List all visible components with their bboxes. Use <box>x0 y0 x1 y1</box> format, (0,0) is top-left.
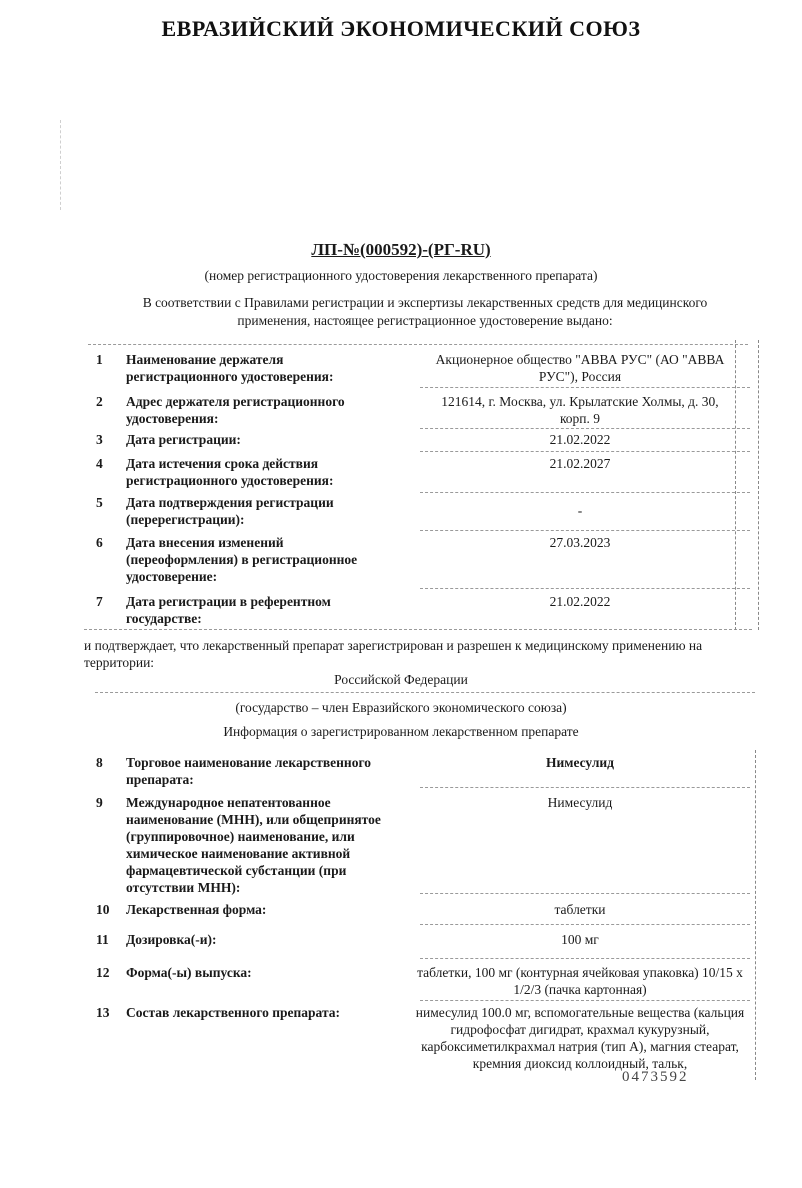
scan-border-line <box>755 750 756 1080</box>
union-title: ЕВРАЗИЙСКИЙ ЭКОНОМИЧЕСКИЙ СОЮЗ <box>0 16 802 42</box>
row-value: Акционерное общество "АВВА РУС" (АО "АВВ… <box>430 351 730 385</box>
row-number: 9 <box>96 794 116 811</box>
confirmation-text: и подтверждает, что лекарственный препар… <box>84 637 754 671</box>
row-number: 4 <box>96 455 116 472</box>
row-label: Дата внесения изменений (переоформления)… <box>126 534 396 585</box>
row-number: 1 <box>96 351 116 368</box>
row-number: 8 <box>96 754 116 771</box>
row-value: 21.02.2022 <box>430 431 730 448</box>
divider <box>420 787 750 788</box>
row-value: - <box>430 502 730 519</box>
row-number: 5 <box>96 494 116 511</box>
row-value: нимесулид 100.0 мг, вспомогательные веще… <box>410 1004 750 1072</box>
row-label: Дозировка(-и): <box>126 931 396 948</box>
intro-text: В соответствии с Правилами регистрации и… <box>110 294 740 330</box>
row-number: 11 <box>96 931 116 948</box>
scan-border-line <box>758 340 759 630</box>
country-name: Российской Федерации <box>0 672 802 688</box>
row-value: 100 мг <box>430 931 730 948</box>
row-value: 21.02.2027 <box>430 455 730 472</box>
row-number: 12 <box>96 964 116 981</box>
divider <box>420 893 750 894</box>
divider <box>420 387 750 388</box>
row-number: 2 <box>96 393 116 410</box>
divider <box>420 451 750 452</box>
row-value: 21.02.2022 <box>430 593 730 610</box>
row-label: Наименование держателя регистрационного … <box>126 351 396 385</box>
divider <box>420 492 750 493</box>
row-label: Дата регистрации в референтном государст… <box>126 593 396 627</box>
row-label: Состав лекарственного препарата: <box>126 1004 396 1021</box>
row-number: 10 <box>96 901 116 918</box>
divider <box>420 588 750 589</box>
row-label: Международное непатентованное наименован… <box>126 794 396 896</box>
divider <box>88 344 748 345</box>
row-label: Торговое наименование лекарственного пре… <box>126 754 396 788</box>
row-label: Дата подтверждения регистрации (перереги… <box>126 494 396 528</box>
row-label: Дата истечения срока действия регистраци… <box>126 455 396 489</box>
row-number: 3 <box>96 431 116 448</box>
row-value: Нимесулид <box>430 754 730 771</box>
divider <box>420 428 750 429</box>
form-serial-number: 0473592 <box>622 1069 689 1086</box>
drug-info-heading: Информация о зарегистрированном лекарств… <box>0 724 802 740</box>
row-value: 121614, г. Москва, ул. Крылатские Холмы,… <box>430 393 730 427</box>
row-value: Нимесулид <box>430 794 730 811</box>
row-value: таблетки <box>430 901 730 918</box>
divider <box>420 958 750 959</box>
row-number: 13 <box>96 1004 116 1021</box>
divider <box>95 692 755 693</box>
row-value: таблетки, 100 мг (контурная ячейковая уп… <box>410 964 750 998</box>
row-label: Лекарственная форма: <box>126 901 396 918</box>
country-caption: (государство – член Евразийского экономи… <box>0 700 802 716</box>
scan-border-line <box>60 120 61 210</box>
divider <box>84 629 752 630</box>
row-label: Адрес держателя регистрационного удостов… <box>126 393 396 427</box>
row-value: 27.03.2023 <box>430 534 730 551</box>
divider <box>420 924 750 925</box>
divider <box>420 530 750 531</box>
scan-border-line <box>735 340 736 630</box>
row-label: Дата регистрации: <box>126 431 396 448</box>
registration-number-caption: (номер регистрационного удостоверения ле… <box>0 268 802 284</box>
row-label: Форма(-ы) выпуска: <box>126 964 396 981</box>
row-number: 7 <box>96 593 116 610</box>
row-number: 6 <box>96 534 116 551</box>
registration-number: ЛП-№(000592)-(РГ-RU) <box>0 240 802 260</box>
divider <box>420 1000 750 1001</box>
